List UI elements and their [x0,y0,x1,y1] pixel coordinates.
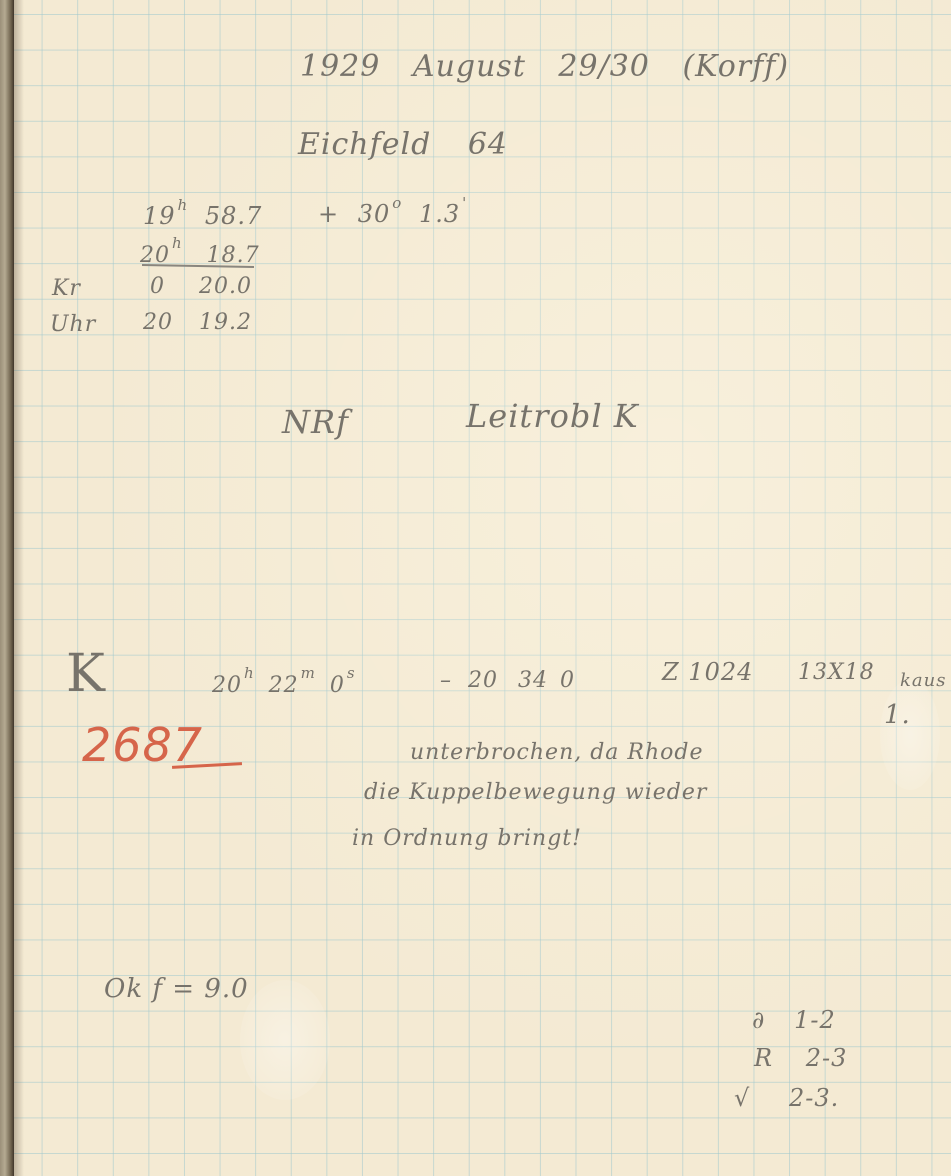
start-h-unit: h [244,664,255,682]
date-line: 1929 August 29/30 (Korff) [300,52,789,82]
observer-left: NRf [282,406,349,438]
observer-right: Leitrobl K [466,400,639,432]
time-row-col2: 20.0 [199,274,252,299]
date-days: 29/30 [558,49,649,84]
dec-row: + 30o 1.3' [318,196,469,226]
rating-row: R 2-3 [754,1046,847,1070]
start-m-unit: m [301,664,316,682]
rating-value: 2-3. [789,1084,839,1112]
note-right-top: kaus [900,672,946,690]
notebook-page: 1929 August 29/30 (Korff) Eichfeld 64 19… [0,0,951,1176]
rating-row: √ 2-3. [734,1086,839,1110]
label-uhr: Uhr [50,314,96,336]
time-row-1: 20h 18.7 [140,236,260,267]
remark-line-1: unterbrochen, da Rhode [410,742,704,764]
time-row-col1: 20 [143,310,173,335]
paper-bleed-mark [880,680,940,790]
dec-degrees: 30 [358,200,391,228]
plate-number: 2687 [82,722,203,768]
plate-size: 13X18 [798,662,875,684]
time-row-col2: 19.2 [199,310,252,335]
ra-hours-unit: h [178,196,189,214]
rating-row: ∂ 1-2 [752,1008,836,1032]
time-row-2: 0 20.0 [150,276,252,298]
field-label: Eichfeld [298,127,431,162]
rating-value: 2-3 [806,1044,848,1072]
label-kr: Kr [52,278,81,300]
field-number: 64 [468,127,508,162]
start-s-unit: s [347,664,356,682]
ra-row: 19h 58.7 [143,198,262,228]
time-row-col2: 18.7 [207,243,260,268]
check-symbol-icon: √ [734,1084,750,1112]
dec-degrees-unit: o [392,194,402,212]
field-line: Eichfeld 64 [298,130,508,160]
end-time: – 20 34 0 [440,670,575,692]
seeing-symbol-icon: ∂ [752,1006,765,1034]
start-h: 20 [212,673,242,698]
date-month: August [413,49,526,84]
time-row-3: 20 19.2 [143,312,252,334]
remark-line-2: die Kuppelbewegung wieder [364,782,707,804]
end-h: 20 [468,668,498,693]
start-m: 22 [269,673,299,698]
emulsion: Z 1024 [662,660,753,684]
time-row-col1: 0 [150,274,165,299]
page-binding-edge [0,0,14,1176]
dec-minutes-unit: ' [462,194,467,212]
date-note: (Korff) [682,49,789,84]
end-s: 0 [560,668,575,693]
end-m: 34 [518,668,548,693]
end-prefix: – [440,668,452,693]
binding-shadow [14,0,24,1176]
dec-minutes: 1.3 [419,200,460,228]
time-row-unit: h [172,234,183,252]
ra-hours: 19 [143,202,176,230]
start-time: 20h 22m 0s [212,666,358,697]
remark-line-3: in Ordnung bringt! [352,828,582,850]
start-s: 0 [330,673,345,698]
date-year: 1929 [300,49,380,84]
note-right-bottom: 1. [884,702,911,728]
rating-value: 1-2 [794,1006,836,1034]
rating-symbol-r: R [754,1044,773,1072]
paper-bleed-mark [240,980,330,1100]
ra-minutes: 58.7 [205,202,262,230]
plate-mark: K [66,648,106,700]
dec-sign: + [318,200,339,228]
ocular-focal: Ok f = 9.0 [104,976,249,1002]
